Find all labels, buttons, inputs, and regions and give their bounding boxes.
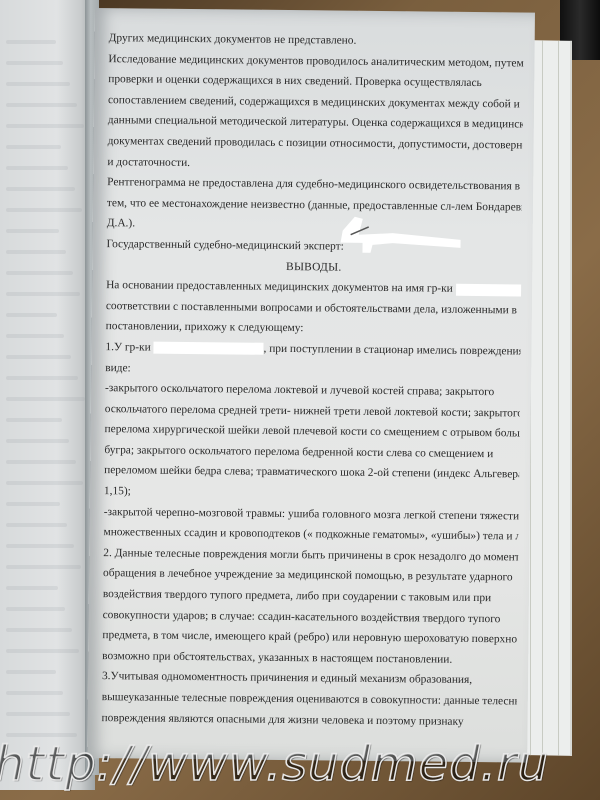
photo-background: Других медицинских документов не предста… bbox=[0, 0, 600, 800]
document-body: Других медицинских документов не предста… bbox=[101, 28, 523, 732]
redacted-name bbox=[153, 342, 263, 355]
conclusion-line: повреждения являются опасными для жизни … bbox=[101, 708, 516, 733]
document-page: Других медицинских документов не предста… bbox=[87, 8, 535, 763]
left-page bbox=[0, 0, 95, 790]
conclusions-list: На основании предоставленных медицинских… bbox=[101, 275, 521, 732]
redacted-name bbox=[456, 283, 522, 296]
conclusion-line: переломом шейки бедра слева; травматичес… bbox=[104, 461, 519, 486]
signature-redaction bbox=[332, 213, 462, 254]
conclusion-line: 1.У гр-ки , при поступлении в стационар … bbox=[105, 337, 520, 362]
watermark-url: http://www.sudmed.ru bbox=[0, 736, 600, 792]
